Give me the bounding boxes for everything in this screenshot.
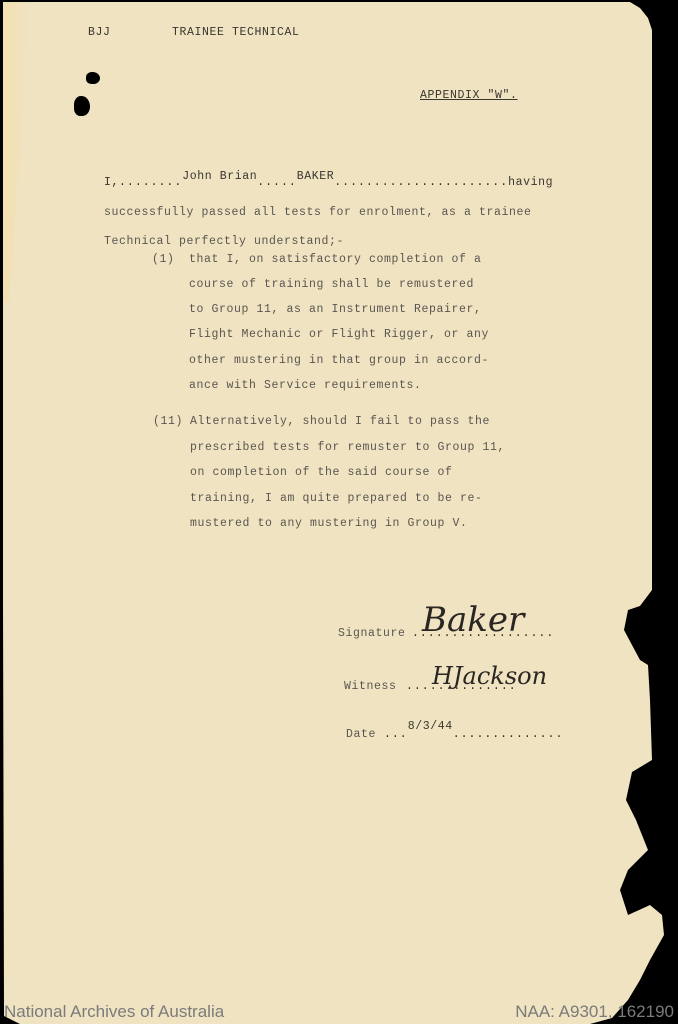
signature-label: Signature <box>338 627 406 640</box>
clause-1-line: course of training shall be remustered <box>189 278 474 291</box>
given-names: John Brian <box>182 170 257 183</box>
clause-1-line: other mustering in that group in accord- <box>189 354 489 367</box>
archive-name: National Archives of Australia <box>4 1002 224 1022</box>
clause-1-line: ance with Service requirements. <box>189 379 422 392</box>
document-page <box>0 0 678 1024</box>
item-reference: NAA: A9301, 162190 <box>515 1002 674 1022</box>
clause-1-line: to Group 11, as an Instrument Repairer, <box>189 303 482 316</box>
declaration-prefix: I, <box>104 176 119 189</box>
clause-2-line: prescribed tests for remuster to Group 1… <box>190 441 505 454</box>
clause-2-line: on completion of the said course of <box>190 466 453 479</box>
witness-handwritten: HJackson <box>432 662 547 690</box>
clause-1-marker: (1) <box>152 253 175 266</box>
signature-handwritten: Baker <box>422 600 524 640</box>
declaration-line-2: successfully passed all tests for enrolm… <box>104 206 532 219</box>
date-value: 8/3/44 <box>408 720 453 733</box>
clause-2-line: mustered to any mustering in Group V. <box>190 517 468 530</box>
reference-code: BJJ <box>88 26 111 39</box>
witness-label: Witness <box>344 680 397 693</box>
date-line: ...8/3/44.............. <box>384 728 563 741</box>
document-category: TRAINEE TECHNICAL <box>172 26 300 39</box>
date-label: Date <box>346 728 376 741</box>
clause-1-line: Flight Mechanic or Flight Rigger, or any <box>189 328 489 341</box>
clause-1-line: that I, on satisfactory completion of a <box>189 253 482 266</box>
clause-2-marker: (11) <box>153 415 183 428</box>
punch-hole-upper <box>86 72 100 84</box>
punch-hole-lower <box>74 96 90 116</box>
appendix-title: APPENDIX "W". <box>420 89 518 102</box>
clause-2-line: training, I am quite prepared to be re- <box>190 492 483 505</box>
declaration-line-3: Technical perfectly understand;- <box>104 235 344 248</box>
clause-2-line: Alternatively, should I fail to pass the <box>190 415 490 428</box>
declaration-line-1: I,........John Brian.....BAKER..........… <box>104 176 553 189</box>
surname: BAKER <box>297 170 335 183</box>
